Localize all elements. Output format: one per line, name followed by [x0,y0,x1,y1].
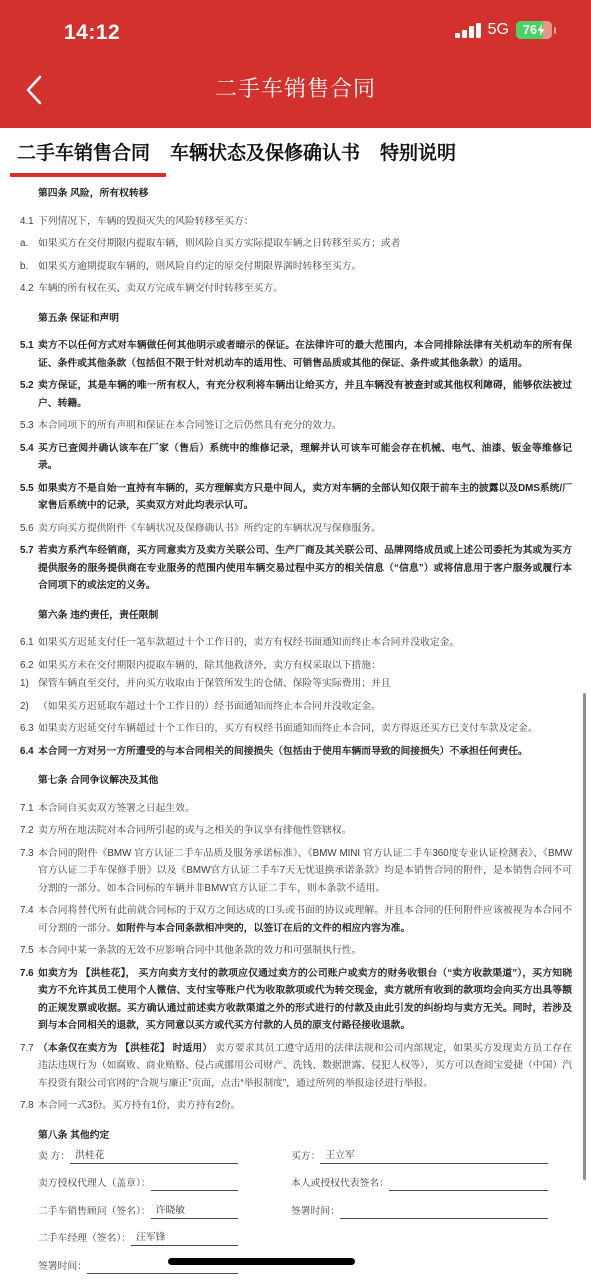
contract-clause-7.8: 7.8本合同一式3份。买方持有1份，卖方持有2份。 [20,1097,572,1115]
signature-value [340,1216,548,1219]
signature-value: 汪军锋 [131,1229,238,1246]
contract-body: 第四条 风险，所有权转移4.1下列情况下，车辆的毁损灭失的风险转移至买方：a.如… [0,182,591,1154]
tab-sales-contract[interactable]: 二手车销售合同 [17,138,150,177]
signature-column-seller: 卖 方：洪桂花卖方授权代理人（盖章）：二手车销售顾问（签名）：许晓敏二手车经理（… [38,1136,238,1274]
nav-bar: 二手车销售合同 [0,66,591,118]
signature-label: 二手车经理（签名）： [38,1230,131,1246]
contract-clause-2: 2)（如果买方迟延取车超过十个工作日的）经书面通知而终止本合同并没收定金。 [20,698,572,716]
status-bar: 14:12 5G 76 [0,18,591,50]
section-heading: 第四条 风险，所有权转移 [38,185,572,203]
contract-clause-4.1: 4.1下列情况下，车辆的毁损灭失的风险转移至买方： [20,213,572,231]
signature-value [151,1188,238,1191]
contract-clause-7.4: 7.4本合同将替代所有此前就合同标的于双方之间达成的口头或书面的协议或理解。并且… [20,902,572,937]
scrollbar-thumb[interactable] [583,693,586,1180]
signature-value: 洪桂花 [70,1147,238,1164]
battery-tip [554,27,557,34]
section-heading: 第七条 合同争议解决及其他 [38,772,572,790]
signature-label: 卖方授权代理人（盖章）： [38,1175,151,1191]
battery-percent: 76 [523,23,537,37]
contract-clause-7.1: 7.1本合同自买卖双方签署之日起生效。 [20,800,572,818]
status-time: 14:12 [64,21,120,45]
charging-bolt-icon [537,24,545,36]
contract-clause-7.2: 7.2卖方所在地法院对本合同所引起的或与之相关的争议享有排他性管辖权。 [20,822,572,840]
signature-value [389,1188,548,1191]
contract-clause-5.4: 5.4买方已查阅并确认该车在厂家（售后）系统中的维修记录，理解并认可该车可能会存… [20,440,572,475]
contract-clause-7.3: 7.3本合同的附件《BMW 官方认证二手车品质及服务承诺标准》、《BMW MIN… [20,845,572,898]
tab-vehicle-status-warranty[interactable]: 车辆状态及保修确认书 [170,138,360,177]
contract-clause-5.2: 5.2卖方保证，其是车辆的唯一所有权人，有充分权利将车辆出让给买方，并且车辆没有… [20,377,572,412]
page-title: 二手车销售合同 [0,72,591,103]
app-header: 14:12 5G 76 二手车销售合同 [0,0,591,128]
signature-row-seller-2: 二手车销售顾问（签名）：许晓敏 [38,1191,238,1219]
tab-special-notes[interactable]: 特别说明 [380,138,456,177]
signature-label: 二手车销售顾问（签名）： [38,1203,151,1219]
contract-clause-5.7: 5.7若卖方系汽车经销商，买方同意卖方及卖方关联公司、生产厂商及其关联公司、品牌… [20,542,572,595]
signature-row-seller-1: 卖方授权代理人（盖章）： [38,1164,238,1192]
contract-clause-7.5: 7.5本合同中某一条款的无效不应影响合同中其他条款的效力和可强制执行性。 [20,942,572,960]
network-type-label: 5G [488,21,509,39]
contract-clause-1: 1)保管车辆直至交付，并向买方收取由于保管所发生的仓储、保险等实际费用；并且 [20,675,572,693]
phone-screen: 14:12 5G 76 二手车销售合同 [0,0,591,1280]
contract-clause-6.2: 6.2如果买方未在交付期限内提取车辆的，除其他救济外，卖方有权采取以下措施： [20,657,572,675]
signature-label: 本人或授权代表签名： [291,1175,389,1191]
contract-clause-4.2: 4.2车辆的所有权在买、卖双方完成车辆交付时转移至买方。 [20,280,572,298]
tab-bar: 二手车销售合同 车辆状态及保修确认书 特别说明 [0,128,591,182]
signature-row-buyer-1: 本人或授权代表签名： [291,1164,548,1192]
contract-clause-5.5: 5.5如果卖方不是自始一直持有车辆的，买方理解卖方只是中间人，卖方对车辆的全部认… [20,480,572,515]
signature-value [87,1271,238,1274]
contract-clause-6.1: 6.1如果买方迟延支付任一笔车款超过十个工作日的，卖方有权经书面通知而终止本合同… [20,634,572,652]
signature-value: 许晓敏 [151,1202,238,1219]
contract-clause-5.6: 5.6卖方向买方提供附件《车辆状况及保修确认书》所约定的车辆状况与保修服务。 [20,520,572,538]
signature-area: 卖 方：洪桂花卖方授权代理人（盖章）：二手车销售顾问（签名）：许晓敏二手车经理（… [0,1136,591,1274]
contract-clause-6.4: 6.4本合同一方对另一方所遭受的与本合同相关的间接损失（包括由于使用车辆而导致的… [20,743,572,761]
contract-clause-7.6: 7.6如卖方为 【洪桂花】， 买方向卖方支付的款项应仅通过卖方的公司账户或卖方的… [20,965,572,1035]
signature-row-buyer-2: 签署时间： [291,1191,548,1219]
contract-clause-6.3: 6.3如果卖方迟延交付车辆超过十个工作日的，买方有权经书面通知而终止本合同，卖方… [20,720,572,738]
contract-clause-a.: a.如果买方在交付期限内提取车辆，则风险自买方实际提取车辆之日转移至买方；或者 [20,235,572,253]
home-indicator[interactable] [168,1258,355,1265]
signature-label: 卖 方： [38,1148,70,1164]
signature-column-buyer: 买方：王立军本人或授权代表签名：签署时间： [291,1136,548,1274]
signature-row-seller-3: 二手车经理（签名）：汪军锋 [38,1219,238,1247]
status-icons: 5G 76 [455,21,556,39]
signature-row-seller-0: 卖 方：洪桂花 [38,1136,238,1164]
battery-icon: 76 [516,21,556,39]
contract-clause-5.1: 5.1卖方不以任何方式对车辆做任何其他明示或者暗示的保证。在法律许可的最大范围内… [20,337,572,372]
section-heading: 第五条 保证和声明 [38,310,572,328]
signature-label: 签署时间： [291,1203,340,1219]
section-heading: 第六条 违约责任，责任限制 [38,607,572,625]
signature-value: 王立军 [320,1147,548,1164]
signal-strength-icon [455,23,481,38]
contract-clause-7.7: 7.7（本条仅在卖方为 【洪桂花】 时适用） 卖方要求其员工遵守适用的法律法规和… [20,1040,572,1093]
contract-clause-b.: b.如果买方逾期提取车辆的，则风险自约定的原交付期限界满时转移至买方。 [20,258,572,276]
signature-label: 买方： [291,1148,320,1164]
contract-clause-5.3: 5.3本合同项下的所有声明和保证在本合同签订之后仍然具有充分的效力。 [20,417,572,435]
signature-label: 签署时间： [38,1258,87,1274]
signature-row-buyer-0: 买方：王立军 [291,1136,548,1164]
